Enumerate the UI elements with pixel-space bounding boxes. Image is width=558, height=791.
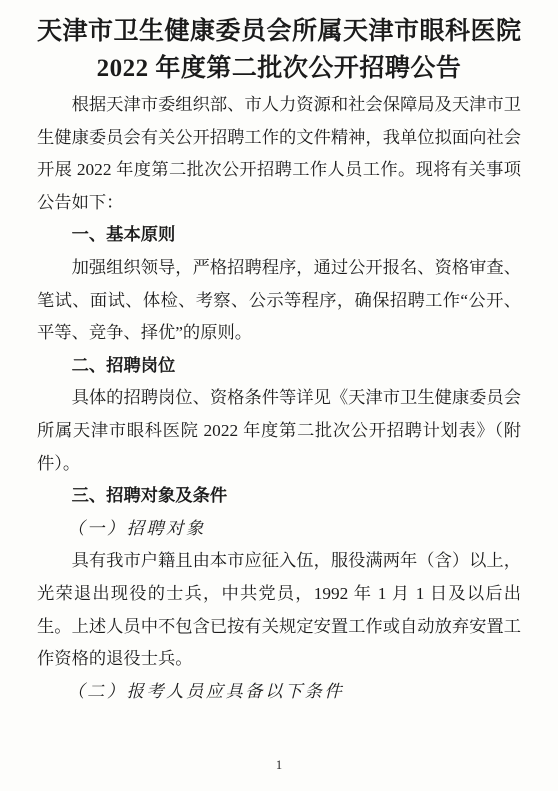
document-page: 天津市卫生健康委员会所属天津市眼科医院 2022 年度第二批次公开招聘公告 根据… xyxy=(0,0,558,791)
paragraph-recruitment-targets: 具有我市户籍且由本市应征入伍，服役满两年（含）以上，光荣退出现役的士兵，中共党员… xyxy=(37,545,521,675)
title-line-2: 2022 年度第二批次公开招聘公告 xyxy=(37,50,521,87)
subheading-applicant-conditions: （二）报考人员应具备以下条件 xyxy=(37,676,521,709)
paragraph-positions: 具体的招聘岗位、资格条件等详见《天津市卫生健康委员会所属天津市眼科医院 2022… xyxy=(37,382,521,480)
subheading-recruitment-targets: （一）招聘对象 xyxy=(37,513,521,546)
document-content: 天津市卫生健康委员会所属天津市眼科医院 2022 年度第二批次公开招聘公告 根据… xyxy=(0,0,558,708)
paragraph-intro: 根据天津市委组织部、市人力资源和社会保障局及天津市卫生健康委员会有关公开招聘工作… xyxy=(37,89,521,219)
paragraph-basic-principles: 加强组织领导，严格招聘程序，通过公开报名、资格审查、笔试、面试、体检、考察、公示… xyxy=(37,252,521,350)
section-heading-positions: 二、招聘岗位 xyxy=(37,350,521,383)
section-heading-basic-principles: 一、基本原则 xyxy=(37,219,521,252)
title-line-1: 天津市卫生健康委员会所属天津市眼科医院 xyxy=(37,13,521,50)
page-number: 1 xyxy=(0,758,558,773)
page-title: 天津市卫生健康委员会所属天津市眼科医院 2022 年度第二批次公开招聘公告 xyxy=(37,13,521,87)
section-heading-targets-conditions: 三、招聘对象及条件 xyxy=(37,480,521,513)
